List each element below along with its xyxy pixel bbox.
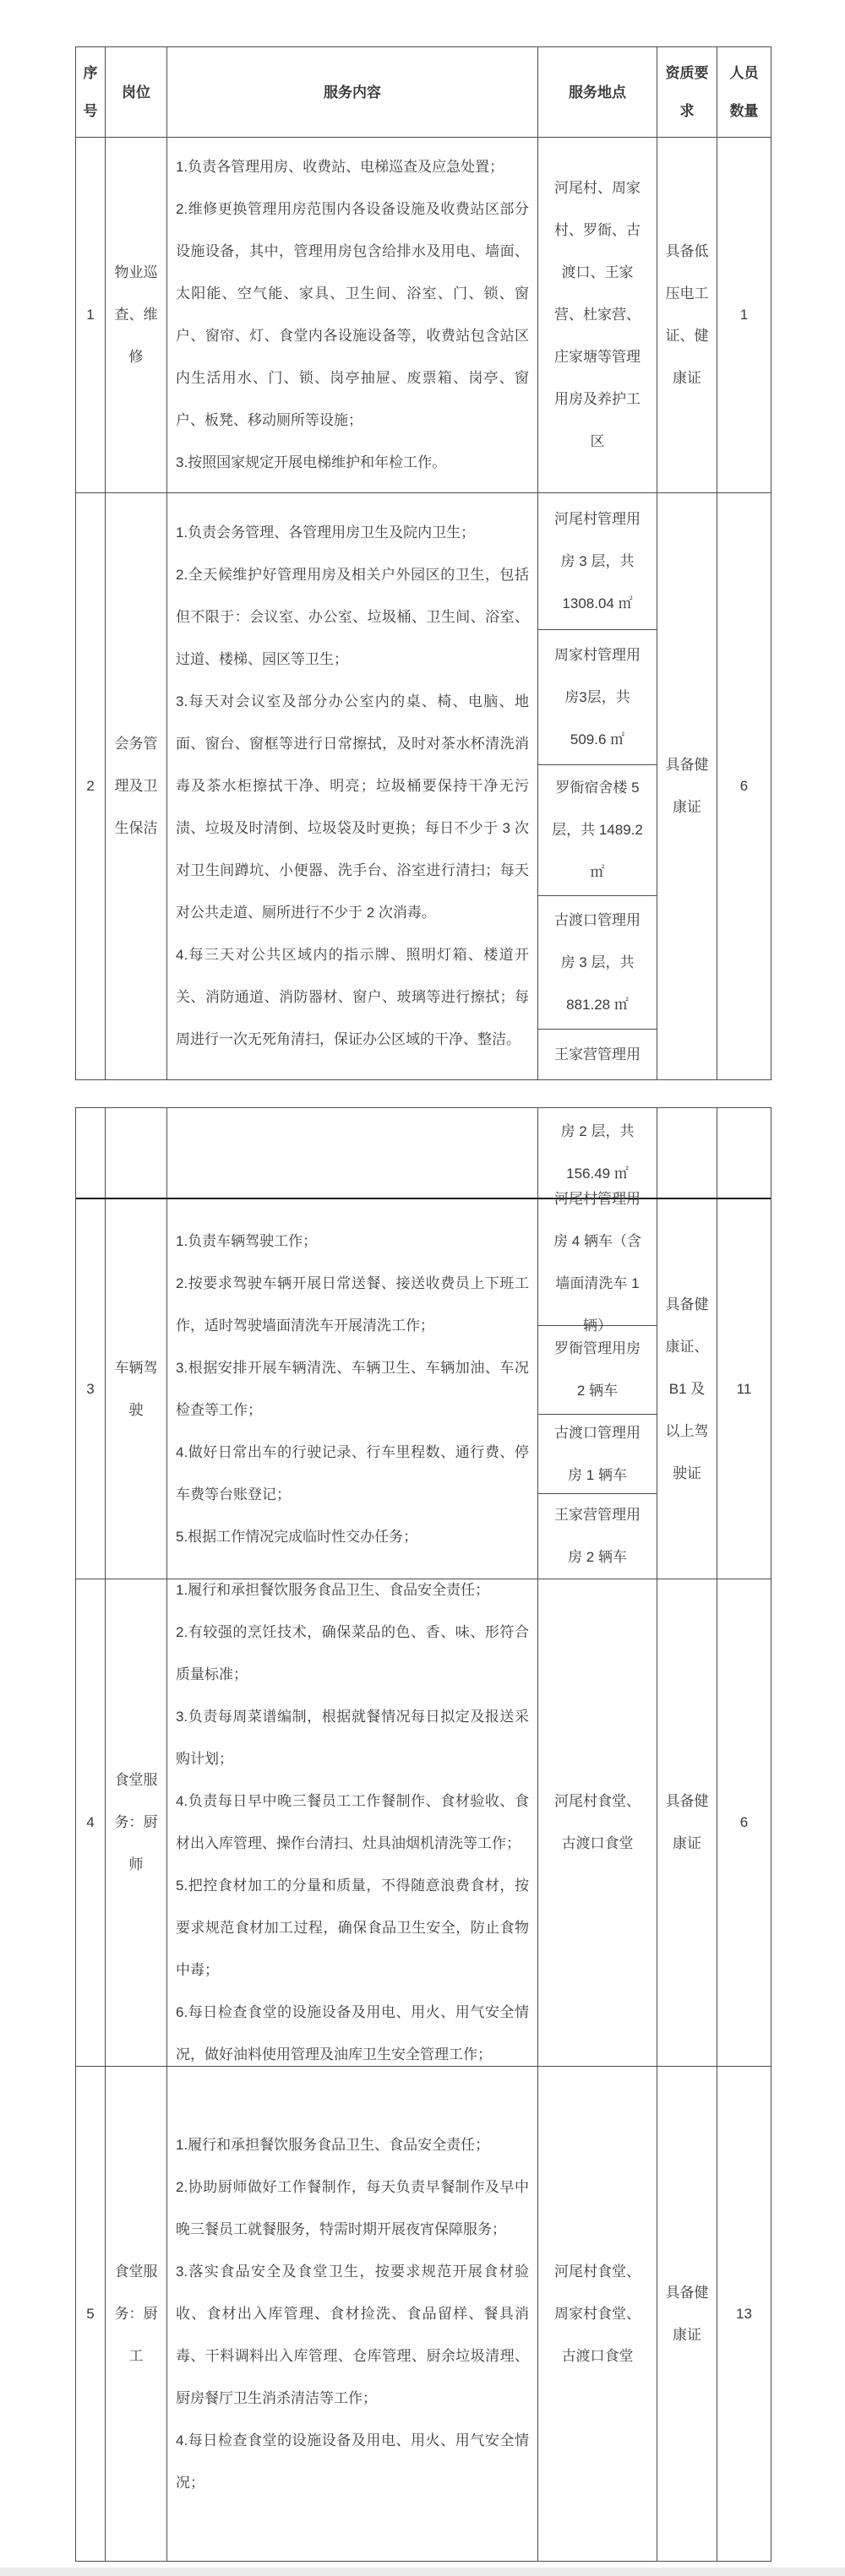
serial-cell: 3 bbox=[76, 1199, 106, 1579]
location-subcell: 古渡口管理用房 3 层，共 881.28 ㎡ bbox=[538, 896, 657, 1030]
table-row-3: 3 车辆驾驶 1.负责车辆驾驶工作； 2.按要求驾驶车辆开展日常送餐、接送收费员… bbox=[76, 1199, 771, 1579]
content-item: 1.履行和承担餐饮服务食品卫生、食品安全责任； bbox=[176, 2124, 529, 2166]
content-item: 1.负责车辆驾驶工作； bbox=[176, 1220, 529, 1263]
location-cell: 河尾村、周家村、罗衙、古渡口、王家营、杜家营、庄家塘等管理用房及养护工区 bbox=[538, 138, 657, 492]
header-personnel-count: 人员数量 bbox=[717, 47, 771, 137]
table-row-2-continued: 房 2 层，共 156.49 ㎡ bbox=[76, 1108, 771, 1199]
content-item: 2.协助厨师做好工作餐制作，每天负责早餐制作及早中晚三餐员工就餐服务，特需时期开… bbox=[176, 2166, 529, 2251]
content-item: 2.按要求驾驶车辆开展日常送餐、接送收费员上下班工作，适时驾驶墙面清洗车开展清洗… bbox=[176, 1263, 529, 1347]
page-edge-strip bbox=[0, 2568, 845, 2576]
count-cell: 6 bbox=[717, 1579, 771, 2066]
content-item: 3.根据安排开展车辆清洗、车辆卫生、车辆加油、车况检查等工作； bbox=[176, 1347, 529, 1432]
content-cell: 1.负责会务管理、各管理用房卫生及院内卫生； 2.全天候维护好管理用房及相关户外… bbox=[167, 493, 538, 1079]
serial-cell: 2 bbox=[76, 493, 106, 1079]
content-item: 5.把控食材加工的分量和质量，不得随意浪费食材，按要求规范食材加工过程，确保食品… bbox=[176, 1865, 529, 1992]
content-item: 4.每日检查食堂的设施设备及用电、用火、用气安全情况； bbox=[176, 2420, 529, 2504]
content-item: 4.每三天对公共区域内的指示牌、照明灯箱、楼道开关、消防通道、消防器材、窗户、玻… bbox=[176, 934, 529, 1061]
location-subcell: 古渡口管理用房 1 辆车 bbox=[538, 1415, 657, 1494]
qualification-cell: 具备低压电工证、健康证 bbox=[657, 138, 717, 492]
location-subcell: 王家营管理用房 2 辆车 bbox=[538, 1494, 657, 1579]
content-item: 3.按照国家规定开展电梯维护和年检工作。 bbox=[176, 442, 529, 484]
content-item: 5.根据工作情况完成临时性交办任务； bbox=[176, 1516, 529, 1558]
content-item: 2.维修更换管理用房范围内各设备设施及收费站区部分设施设备，其中，管理用房包含给… bbox=[176, 188, 529, 442]
qualification-cell: 具备健康证、B1 及以上驾驶证 bbox=[657, 1199, 717, 1579]
table-row-1: 1 物业巡查、维修 1.负责各管理用房、收费站、电梯巡查及应急处置； 2.维修更… bbox=[76, 138, 771, 493]
serial-cell: 1 bbox=[76, 138, 106, 492]
post-cell: 食堂服务：厨师 bbox=[106, 1579, 167, 2066]
post-cell: 车辆驾驶 bbox=[106, 1199, 167, 1579]
location-cell: 河尾村管理用房 3 层，共 1308.04 ㎡ 周家村管理用房3层，共509.6… bbox=[538, 493, 657, 1079]
page-break-gap bbox=[0, 1080, 845, 1107]
header-service-content: 服务内容 bbox=[167, 47, 538, 137]
content-item: 2.全天候维护好管理用房及相关户外园区的卫生，包括但不限于：会议室、办公室、垃圾… bbox=[176, 554, 529, 681]
post-cell: 物业巡查、维修 bbox=[106, 138, 167, 492]
qualification-cell: 具备健康证 bbox=[657, 1579, 717, 2066]
qualification-cell: 具备健康证 bbox=[657, 493, 717, 1079]
content-item: 1.负责各管理用房、收费站、电梯巡查及应急处置； bbox=[176, 146, 529, 188]
location-subcell: 河尾村食堂、周家村食堂、古渡口食堂 bbox=[538, 2067, 657, 2561]
location-subcell: 河尾村管理用房 3 层，共 1308.04 ㎡ bbox=[538, 493, 657, 630]
qualification-cell: 具备健康证 bbox=[657, 2067, 717, 2561]
header-qualification: 资质要求 bbox=[657, 47, 717, 137]
serial-cell bbox=[76, 1108, 106, 1198]
content-item: 3.每天对会议室及部分办公室内的桌、椅、电脑、地面、窗台、窗框等进行日常擦拭，及… bbox=[176, 681, 529, 934]
content-cell: 1.履行和承担餐饮服务食品卫生、食品安全责任； 2.协助厨师做好工作餐制作，每天… bbox=[167, 2067, 538, 2561]
header-serial-number: 序号 bbox=[76, 47, 106, 137]
content-item: 6.每日检查食堂的设施设备及用电、用火、用气安全情况，做好油料使用管理及油库卫生… bbox=[176, 1992, 529, 2076]
table-row-2: 2 会务管理及卫生保洁 1.负责会务管理、各管理用房卫生及院内卫生； 2.全天候… bbox=[76, 493, 771, 1079]
serial-cell: 5 bbox=[76, 2067, 106, 2561]
document-page: 序号 岗位 服务内容 服务地点 资质要求 人员数量 1 物业巡查、维修 1.负责… bbox=[0, 46, 845, 2562]
content-item: 4.负责每日早中晚三餐员工工作餐制作、食材验收、食材出入库管理、操作台清扫、灶具… bbox=[176, 1780, 529, 1865]
location-cell: 河尾村食堂、周家村食堂、古渡口食堂 bbox=[538, 2067, 657, 2561]
header-post: 岗位 bbox=[106, 47, 167, 137]
post-cell: 食堂服务：厨工 bbox=[106, 2067, 167, 2561]
count-cell bbox=[717, 1108, 771, 1198]
post-cell bbox=[106, 1108, 167, 1198]
header-row: 序号 岗位 服务内容 服务地点 资质要求 人员数量 bbox=[76, 47, 771, 138]
content-item: 1.负责会务管理、各管理用房卫生及院内卫生； bbox=[176, 512, 529, 554]
table-row-5: 5 食堂服务：厨工 1.履行和承担餐饮服务食品卫生、食品安全责任； 2.协助厨师… bbox=[76, 2067, 771, 2561]
location-cell: 河尾村管理用房 4 辆车（含墙面清洗车 1 辆） 罗衙管理用房 2 辆车 古渡口… bbox=[538, 1199, 657, 1579]
service-table-part-1: 序号 岗位 服务内容 服务地点 资质要求 人员数量 1 物业巡查、维修 1.负责… bbox=[75, 46, 771, 1080]
location-subcell: 王家营管理用 bbox=[538, 1030, 657, 1079]
content-item: 4.做好日常出车的行驶记录、行车里程数、通行费、停车费等台账登记； bbox=[176, 1432, 529, 1516]
serial-cell: 4 bbox=[76, 1579, 106, 2066]
count-cell: 1 bbox=[717, 138, 771, 492]
count-cell: 6 bbox=[717, 493, 771, 1079]
location-subcell: 罗衙管理用房 2 辆车 bbox=[538, 1326, 657, 1415]
location-subcell: 罗衙宿舍楼 5 层，共 1489.2 ㎡ bbox=[538, 765, 657, 896]
content-item: 2.有较强的烹饪技术，确保菜品的色、香、味、形符合质量标准； bbox=[176, 1611, 529, 1696]
content-cell: 1.负责各管理用房、收费站、电梯巡查及应急处置； 2.维修更换管理用房范围内各设… bbox=[167, 138, 538, 492]
post-cell: 会务管理及卫生保洁 bbox=[106, 493, 167, 1079]
count-cell: 13 bbox=[717, 2067, 771, 2561]
content-cell: 1.履行和承担餐饮服务食品卫生、食品安全责任； 2.有较强的烹饪技术，确保菜品的… bbox=[167, 1579, 538, 2066]
qualification-cell bbox=[657, 1108, 717, 1198]
location-cell: 河尾村食堂、古渡口食堂 bbox=[538, 1579, 657, 2066]
content-item: 1.履行和承担餐饮服务食品卫生、食品安全责任； bbox=[176, 1569, 529, 1611]
location-subcell: 周家村管理用房3层，共509.6 ㎡ bbox=[538, 630, 657, 765]
content-cell: 1.负责车辆驾驶工作； 2.按要求驾驶车辆开展日常送餐、接送收费员上下班工作，适… bbox=[167, 1199, 538, 1579]
location-subcell: 河尾村食堂、古渡口食堂 bbox=[538, 1579, 657, 2066]
content-cell bbox=[167, 1108, 538, 1198]
table-row-4: 4 食堂服务：厨师 1.履行和承担餐饮服务食品卫生、食品安全责任； 2.有较强的… bbox=[76, 1579, 771, 2067]
location-subcell: 河尾村、周家村、罗衙、古渡口、王家营、杜家营、庄家塘等管理用房及养护工区 bbox=[538, 138, 657, 492]
count-cell: 11 bbox=[717, 1199, 771, 1579]
content-item: 3.负责每周菜谱编制，根据就餐情况每日拟定及报送采购计划； bbox=[176, 1696, 529, 1780]
header-service-location: 服务地点 bbox=[538, 47, 657, 137]
location-subcell: 河尾村管理用房 4 辆车（含墙面清洗车 1 辆） bbox=[538, 1199, 657, 1326]
content-item: 3.落实食品安全及食堂卫生，按要求规范开展食材验收、食材出入库管理、食材捡洗、食… bbox=[176, 2251, 529, 2420]
service-table-part-2: 房 2 层，共 156.49 ㎡ 3 车辆驾驶 1.负责车辆驾驶工作； 2.按要… bbox=[75, 1107, 771, 2562]
